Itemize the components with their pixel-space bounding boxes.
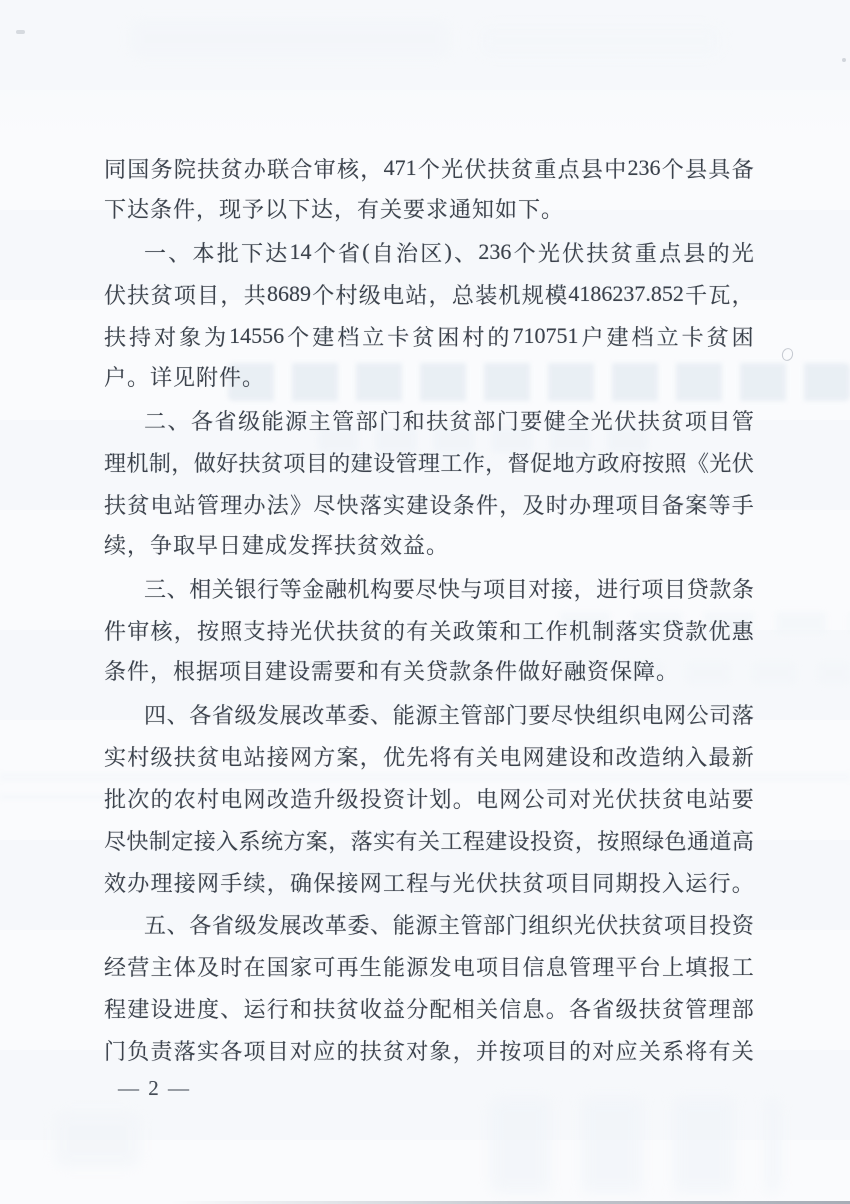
text-line: 件审核，按照支持光伏扶贫的有关政策和工作机制落实贷款优惠: [104, 609, 754, 651]
text-line: 尽快制定接入系统方案，落实有关工程建设投资，按照绿色通道高: [104, 819, 754, 861]
text-line: 扶持对象为14556个建档立卡贫困村的710751户建档立卡贫困: [104, 315, 754, 357]
text-line: 五、各省级发展改革委、能源主管部门组织光伏扶贫项目投资: [104, 903, 754, 945]
scan-speck: [16, 30, 25, 34]
page-number: — 2 —: [118, 1076, 191, 1101]
text-line: 经营主体及时在国家可再生能源发电项目信息管理平台上填报工: [104, 945, 754, 987]
text-line: 批次的农村电网改造升级投资计划。电网公司对光伏扶贫电站要: [104, 777, 754, 819]
text-line: 四、各省级发展改革委、能源主管部门要尽快组织电网公司落: [104, 693, 754, 735]
text-line: 实村级扶贫电站接网方案，优先将有关电网建设和改造纳入最新: [104, 735, 754, 777]
text-line: 门负责落实各项目对应的扶贫对象，并按项目的对应关系将有关: [104, 1029, 754, 1071]
text-line: 同国务院扶贫办联合审核，471个光伏扶贫重点县中236个县具备: [104, 147, 754, 189]
scan-speck: [842, 58, 846, 62]
text-line: 伏扶贫项目，共8689个村级电站，总装机规模4186237.852千瓦，: [104, 273, 754, 315]
scan-bleed-artifact: [130, 20, 450, 58]
text-line: 理机制，做好扶贫项目的建设管理工作，督促地方政府按照《光伏: [104, 441, 754, 483]
text-line: 扶贫电站管理办法》尽快落实建设条件，及时办理项目备案等手: [104, 483, 754, 525]
scan-bleed-artifact: [55, 1112, 140, 1167]
text-line: 户。详见附件。: [104, 357, 754, 399]
document-page: 同国务院扶贫办联合审核，471个光伏扶贫重点县中236个县具备下达条件，现予以下…: [0, 0, 850, 1204]
scan-bleed-artifact: [490, 1098, 780, 1193]
scan-bleed-artifact: [480, 26, 720, 56]
document-body: 同国务院扶贫办联合审核，471个光伏扶贫重点县中236个县具备下达条件，现予以下…: [104, 147, 754, 1071]
scan-speck: [780, 347, 794, 363]
text-line: 续，争取早日建成发挥扶贫效益。: [104, 525, 754, 567]
text-line: 条件，根据项目建设需要和有关贷款条件做好融资保障。: [104, 651, 754, 693]
text-line: 二、各省级能源主管部门和扶贫部门要健全光伏扶贫项目管: [104, 399, 754, 441]
text-line: 三、相关银行等金融机构要尽快与项目对接，进行项目贷款条: [104, 567, 754, 609]
text-line: 程建设进度、运行和扶贫收益分配相关信息。各省级扶贫管理部: [104, 987, 754, 1029]
text-line: 下达条件，现予以下达，有关要求通知如下。: [104, 189, 754, 231]
text-line: 效办理接网手续，确保接网工程与光伏扶贫项目同期投入运行。: [104, 861, 754, 903]
text-line: 一、本批下达14个省(自治区)、236个光伏扶贫重点县的光: [104, 231, 754, 273]
